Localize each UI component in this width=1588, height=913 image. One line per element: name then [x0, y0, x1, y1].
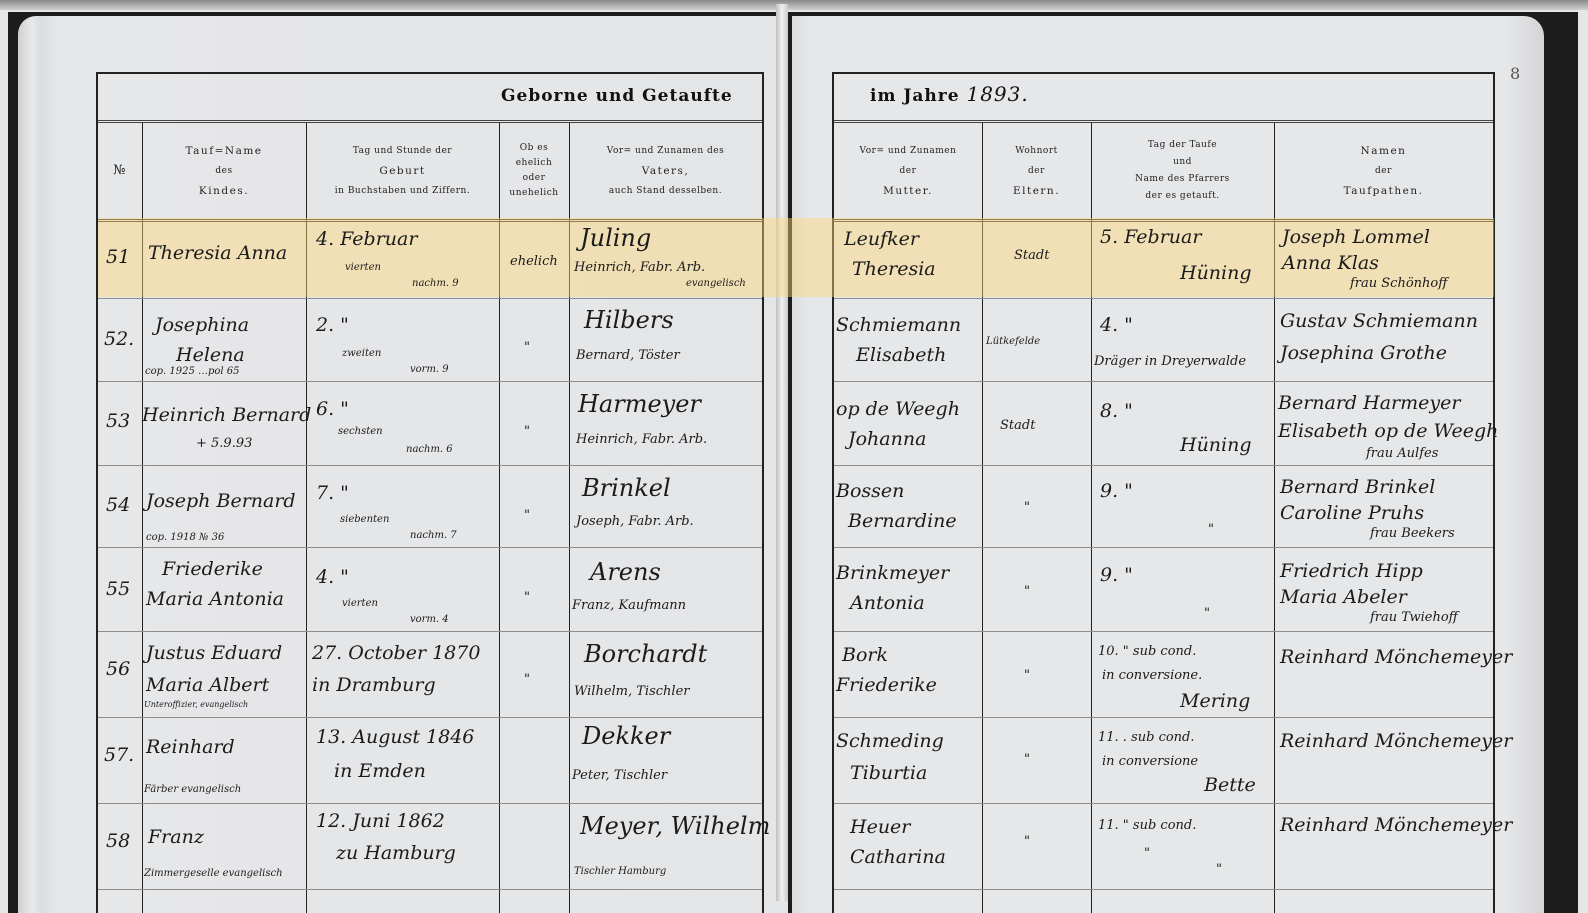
register-year-title: im Jahre 1893. — [870, 82, 1029, 106]
child-name: Franz — [148, 826, 204, 848]
register-title: Geborne und Getaufte — [501, 86, 733, 106]
book-gutter — [776, 4, 788, 901]
legitimacy: " — [524, 340, 530, 355]
legitimacy: " — [524, 424, 530, 439]
child-note: cop. 1918 № 36 — [146, 532, 224, 543]
mother-surname: Bork — [842, 644, 888, 666]
mother-surname: Heuer — [850, 816, 910, 838]
legitimacy: " — [524, 590, 530, 605]
father-surname: Meyer, Wilhelm — [580, 812, 770, 840]
child-note: Unteroffizier, evangelisch — [144, 700, 248, 709]
child-name-2: Helena — [176, 344, 245, 366]
godparent-3: frau Aulfes — [1366, 446, 1438, 461]
page-number: 8 — [1510, 64, 1520, 83]
residence: " — [1024, 752, 1030, 767]
child-name-2: Maria Antonia — [146, 588, 284, 610]
baptism-date: 8. " — [1100, 400, 1133, 422]
birth-hour: nachm. 9 — [412, 278, 459, 289]
entry-number: 56 — [106, 658, 130, 680]
father-surname: Harmeyer — [578, 390, 701, 418]
birth-date: 27. October 1870 — [312, 642, 480, 664]
child-name: Friederike — [162, 558, 263, 580]
residence: " — [1024, 668, 1030, 683]
entry-number: 57. — [104, 744, 134, 766]
residence: Lütkefelde — [986, 336, 1040, 347]
mother-firstname: Antonia — [850, 592, 925, 614]
godparent-2: Anna Klas — [1282, 252, 1379, 274]
mother-surname: Leufker — [844, 228, 919, 250]
godparent-1: Reinhard Mönchemeyer — [1280, 646, 1512, 668]
father-surname: Dekker — [582, 722, 670, 750]
birth-hour: nachm. 6 — [406, 444, 453, 455]
father-note: evangelisch — [686, 278, 746, 289]
baptism-date: 11. . sub cond. — [1098, 730, 1195, 745]
birth-date: 4. Februar — [316, 228, 417, 250]
father-details: Franz, Kaufmann — [572, 598, 686, 613]
child-name: Theresia Anna — [148, 242, 287, 264]
father-details: Tischler Hamburg — [574, 866, 666, 877]
godparent-2: Elisabeth op de Weegh — [1278, 420, 1498, 442]
entry-number: 58 — [106, 830, 130, 852]
residence: " — [1024, 834, 1030, 849]
priest-name: " — [1216, 862, 1222, 877]
baptism-date: 10. " sub cond. — [1098, 644, 1196, 659]
legitimacy: " — [524, 672, 530, 687]
child-name: Reinhard — [146, 736, 235, 758]
priest-name: Hüning — [1180, 262, 1252, 284]
father-details: Heinrich, Fabr. Arb. — [576, 432, 707, 447]
baptism-note: in conversione. — [1102, 668, 1202, 683]
mother-firstname: Theresia — [852, 258, 936, 280]
mother-surname: Schmeding — [836, 730, 944, 752]
header-baptism: Tag der TaufeundName des Pfarrersder es … — [1091, 123, 1274, 219]
baptism-date: 11. " sub cond. — [1098, 818, 1196, 833]
header-number: № — [98, 123, 142, 219]
residence: " — [1024, 584, 1030, 599]
residence: Stadt — [1014, 248, 1049, 263]
father-details: Bernard, Töster — [576, 348, 680, 363]
priest-name: Mering — [1180, 690, 1250, 712]
priest-name: " — [1208, 522, 1214, 537]
child-name: Josephina — [155, 314, 249, 336]
priest-name: Hüning — [1180, 434, 1252, 456]
mother-surname: Brinkmeyer — [836, 562, 949, 584]
birth-place: in Dramburg — [312, 674, 436, 696]
godparent-2: Caroline Pruhs — [1280, 502, 1424, 524]
header-legitimacy: Ob esehelichoderunehelich — [499, 123, 569, 219]
birth-place: zu Hamburg — [336, 842, 456, 864]
residence: " — [1024, 500, 1030, 515]
header-birth: Tag und Stunde derGeburtin Buchstaben un… — [306, 123, 499, 219]
residence: Stadt — [1000, 418, 1035, 433]
legitimacy: " — [524, 508, 530, 523]
godparent-3: frau Schönhoff — [1350, 276, 1447, 291]
birth-date: 2. " — [316, 314, 349, 336]
child-name: Justus Eduard — [146, 642, 282, 664]
title-bar-left: Geborne und Getaufte — [98, 74, 762, 123]
child-name-2: Maria Albert — [146, 674, 269, 696]
birth-hour: nachm. 7 — [410, 530, 457, 541]
birth-day-words: siebenten — [340, 514, 389, 525]
godparent-3: frau Beekers — [1370, 526, 1455, 541]
mother-firstname: Friederike — [836, 674, 937, 696]
child-note: Färber evangelisch — [144, 784, 241, 795]
birth-place: in Emden — [334, 760, 426, 782]
godparent-1: Friedrich Hipp — [1280, 560, 1423, 582]
father-surname: Juling — [580, 224, 651, 252]
child-note: Zimmergeselle evangelisch — [144, 868, 283, 879]
header-residence: WohnortderEltern. — [982, 123, 1091, 219]
father-surname: Arens — [590, 558, 661, 586]
legitimacy: ehelich — [510, 254, 558, 269]
baptism-date: 9. " — [1100, 480, 1133, 502]
mother-firstname: Bernardine — [848, 510, 957, 532]
child-note: cop. 1925 …pol 65 — [145, 366, 240, 377]
priest-name: Bette — [1204, 774, 1256, 796]
godparent-1: Bernard Harmeyer — [1278, 392, 1460, 414]
birth-day-words: vierten — [345, 262, 381, 273]
godparent-1: Reinhard Mönchemeyer — [1280, 730, 1512, 752]
mother-surname: Schmiemann — [836, 314, 961, 336]
godparent-1: Bernard Brinkel — [1280, 476, 1435, 498]
priest-name: Dräger in Dreyerwalde — [1094, 354, 1246, 369]
birth-date: 4. " — [316, 566, 349, 588]
birth-hour: vorm. 9 — [410, 364, 449, 375]
header-mother: Vor= und ZunamenderMutter. — [834, 123, 982, 219]
priest-name: " — [1204, 606, 1210, 621]
entry-number: 52. — [104, 328, 134, 350]
godparent-2: Maria Abeler — [1280, 586, 1407, 608]
father-surname: Brinkel — [582, 474, 671, 502]
birth-day-words: sechsten — [338, 426, 383, 437]
mother-surname: op de Weegh — [836, 398, 960, 420]
godparent-2: Josephina Grothe — [1280, 342, 1447, 364]
mother-surname: Bossen — [836, 480, 904, 502]
birth-date: 6. " — [316, 398, 349, 420]
entry-number: 55 — [106, 578, 130, 600]
mother-firstname: Johanna — [848, 428, 926, 450]
father-surname: Hilbers — [584, 306, 674, 334]
header-child-name: Tauf=NamedesKindes. — [142, 123, 306, 219]
father-surname: Borchardt — [584, 640, 707, 668]
birth-date: 13. August 1846 — [316, 726, 474, 748]
godparent-1: Joseph Lommel — [1282, 226, 1430, 248]
birth-date: 12. Juni 1862 — [316, 810, 445, 832]
title-bar-right: im Jahre 1893. — [834, 74, 1493, 123]
godparent-1: Gustav Schmiemann — [1280, 310, 1478, 332]
baptism-note: " — [1144, 846, 1150, 861]
viewer-top-bar — [0, 0, 1588, 10]
father-details: Wilhelm, Tischler — [574, 684, 689, 699]
entry-number: 51 — [106, 246, 130, 268]
header-father: Vor= und Zunamen desVaters,auch Stand de… — [569, 123, 762, 219]
entry-number: 53 — [106, 410, 130, 432]
father-details: Heinrich, Fabr. Arb. — [574, 260, 705, 275]
mother-firstname: Tiburtia — [850, 762, 927, 784]
father-details: Joseph, Fabr. Arb. — [576, 514, 694, 529]
baptism-date: 9. " — [1100, 564, 1133, 586]
birth-date: 7. " — [316, 482, 349, 504]
godparent-3: frau Twiehoff — [1370, 610, 1458, 625]
baptism-note: in conversione — [1102, 754, 1198, 769]
birth-day-words: vierten — [342, 598, 378, 609]
baptism-date: 4. " — [1100, 314, 1133, 336]
baptism-date: 5. Februar — [1100, 226, 1201, 248]
entry-number: 54 — [106, 494, 130, 516]
child-name: Heinrich Bernard — [142, 404, 311, 426]
godparent-1: Reinhard Mönchemeyer — [1280, 814, 1512, 836]
birth-day-words: zweiten — [342, 348, 381, 359]
mother-firstname: Elisabeth — [856, 344, 946, 366]
child-name: Joseph Bernard — [146, 490, 296, 512]
header-godparents: NamenderTaufpathen. — [1274, 123, 1493, 219]
mother-firstname: Catharina — [850, 846, 946, 868]
father-details: Peter, Tischler — [572, 768, 667, 783]
child-note: + 5.9.93 — [196, 436, 252, 451]
birth-hour: vorm. 4 — [410, 614, 449, 625]
